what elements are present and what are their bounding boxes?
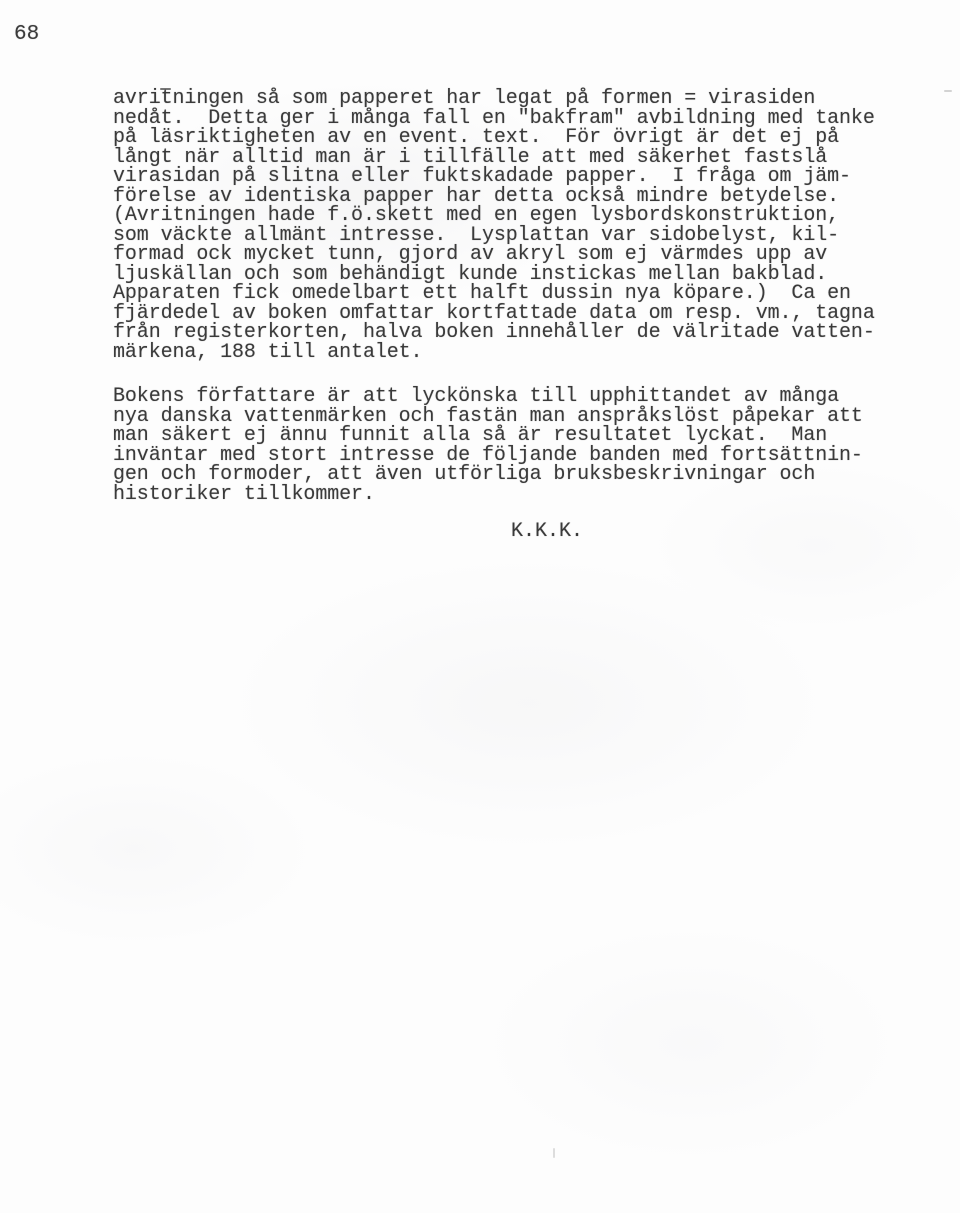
paragraph-2: Bokens författare är att lyckönska till … (113, 387, 863, 504)
text-line: (Avritningen hade f.ö.skett med en egen … (113, 206, 875, 226)
text-line: historiker tillkommer. (113, 485, 863, 505)
text-line: på läsriktigheten av en event. text. För… (113, 128, 875, 148)
scanned-document-page: 68 avritningen så som papperet har legat… (0, 0, 960, 1213)
paragraph-1: avritningen så som papperet har legat på… (113, 89, 875, 362)
text-line: från registerkorten, halva boken innehål… (113, 323, 875, 343)
text-line: gen och formoder, att även utförliga bru… (113, 465, 863, 485)
signature-initials: K.K.K. (511, 522, 583, 542)
text-line: man säkert ej ännu funnit alla så är res… (113, 426, 863, 446)
scan-speck-bottom (553, 1148, 555, 1158)
scan-speck-top-right (944, 90, 952, 92)
text-line: Apparaten fick omedelbart ett halft duss… (113, 284, 875, 304)
text-line: Bokens författare är att lyckönska till … (113, 387, 863, 407)
page-number: 68 (14, 24, 39, 46)
text-line: avritningen så som papperet har legat på… (113, 89, 875, 109)
text-line: virasidan på slitna eller fuktskadade pa… (113, 167, 875, 187)
text-line: formad ock mycket tunn, gjord av akryl s… (113, 245, 875, 265)
text-line: märkena, 188 till antalet. (113, 343, 875, 363)
